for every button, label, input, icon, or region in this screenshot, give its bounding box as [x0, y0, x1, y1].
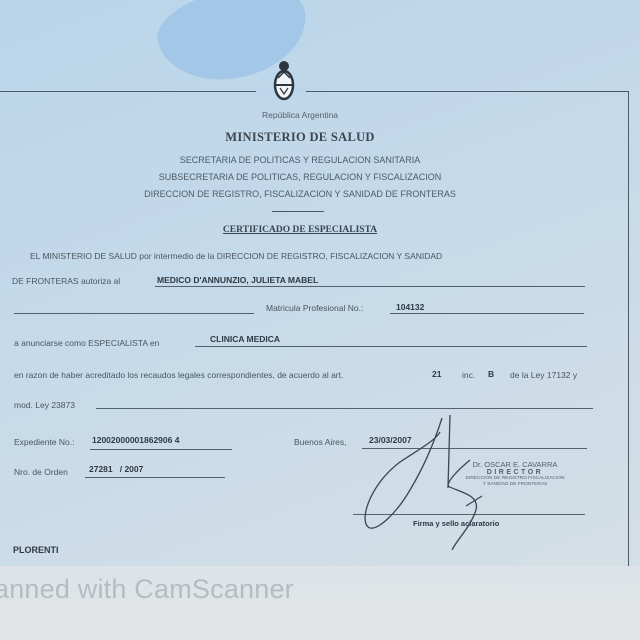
expediente-value: 12002000001862906 4 [92, 435, 179, 445]
direccion: DIRECCION DE REGISTRO, FISCALIZACION Y S… [0, 189, 600, 199]
orden-rule [85, 477, 225, 478]
specialty-rule [195, 346, 587, 347]
razon-text: en razon de haber acreditado los recaudo… [14, 370, 343, 380]
mod-rule [96, 408, 593, 409]
orden-value: 27281 / 2007 [89, 464, 143, 474]
authorizes-label: DE FRONTERAS autoriza al [12, 276, 120, 286]
subsecretaria: SUBSECRETARIA DE POLITICAS, REGULACION Y… [0, 172, 600, 182]
art-value: 21 [432, 369, 441, 379]
handwritten-signature [330, 410, 510, 550]
intro-line: EL MINISTERIO DE SALUD por intermedio de… [30, 251, 442, 261]
orden-label: Nro. de Orden [14, 467, 68, 477]
secretaria: SECRETARIA DE POLITICAS Y REGULACION SAN… [0, 155, 600, 165]
matricula-rule [390, 313, 584, 314]
camscanner-watermark: anned with CamScanner [0, 574, 294, 605]
coat-of-arms-icon [272, 58, 296, 104]
holder-rule [155, 286, 585, 287]
specialty-value: CLINICA MEDICA [210, 334, 280, 344]
country-name: República Argentina [0, 110, 600, 120]
ley-text: de la Ley 17132 y [510, 370, 577, 380]
blank-rule [14, 313, 254, 314]
expediente-label: Expediente No.: [14, 437, 74, 447]
divider [272, 211, 324, 212]
matricula-value: 104132 [396, 302, 424, 312]
mod-ley: mod. Ley 23873 [14, 400, 75, 410]
initials: PLORENTI [13, 545, 59, 555]
especialista-label: a anunciarse como ESPECIALISTA en [14, 338, 159, 348]
matricula-label: Matricula Profesional No.: [266, 303, 363, 313]
ministry-name: MINISTERIO DE SALUD [0, 130, 600, 145]
inc-label: inc. [462, 370, 475, 380]
expediente-rule [90, 449, 232, 450]
certificate-title: CERTIFICADO DE ESPECIALISTA [0, 225, 600, 235]
inc-value: B [488, 369, 494, 379]
holder-name: MEDICO D'ANNUNZIO, JULIETA MABEL [157, 275, 318, 285]
